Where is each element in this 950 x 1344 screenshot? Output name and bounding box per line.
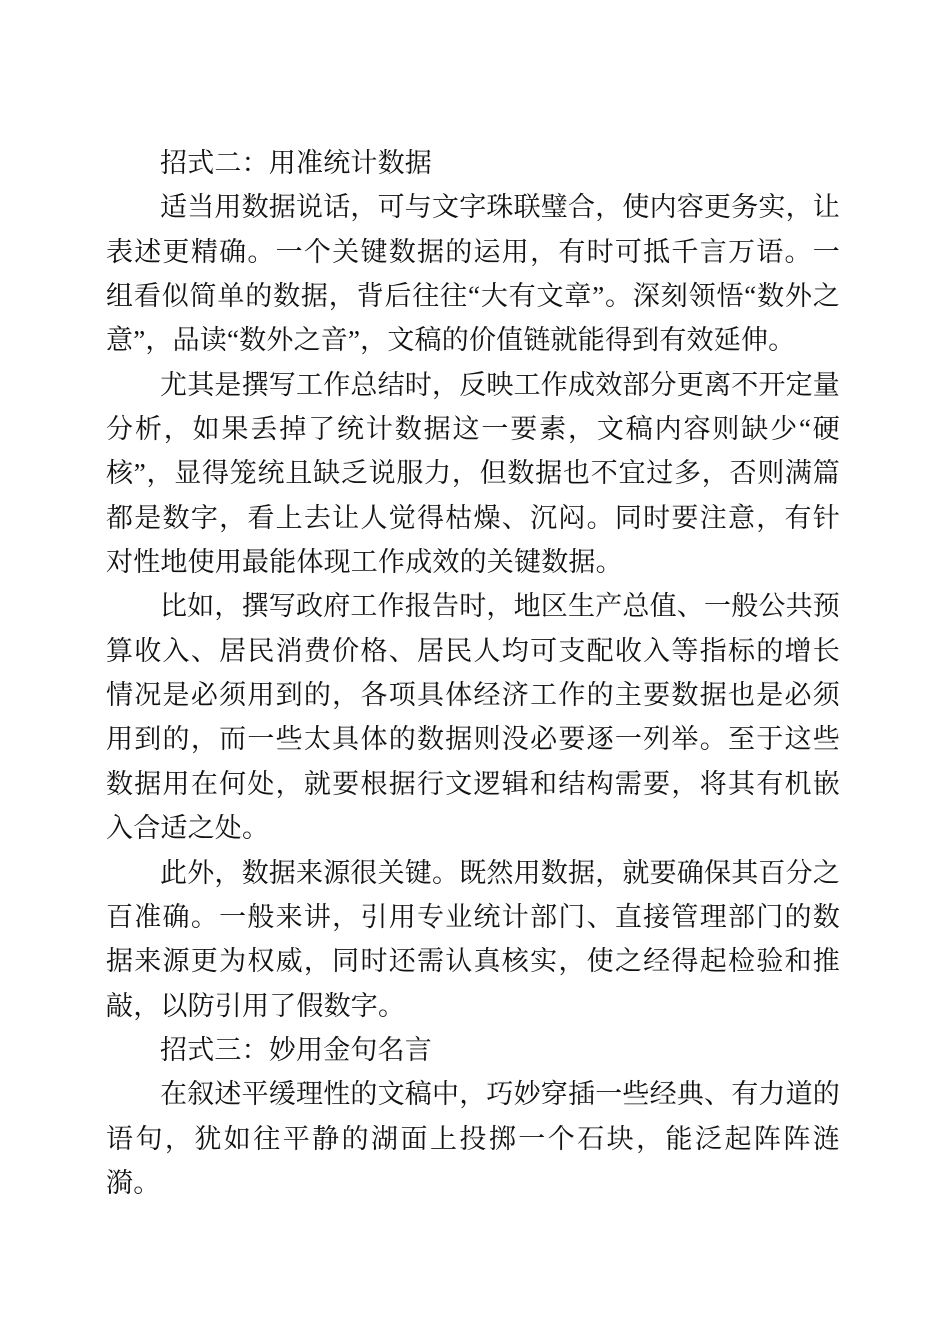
document-page: 招式二：用准统计数据 适当用数据说话，可与文字珠联璧合，使内容更务实，让表述更精… <box>0 0 950 1344</box>
section-heading-golden-quotes: 招式三：妙用金句名言 <box>106 1028 840 1072</box>
paragraph-quotes-ripple: 在叙述平缓理性的文稿中，巧妙穿插一些经典、有力道的语句，犹如往平静的湖面上投掷一… <box>106 1072 840 1205</box>
paragraph-government-report-example: 比如，撰写政府工作报告时，地区生产总值、一般公共预算收入、居民消费价格、居民人均… <box>106 584 840 850</box>
section-heading-statistics: 招式二：用准统计数据 <box>106 141 840 185</box>
paragraph-data-speaks: 适当用数据说话，可与文字珠联璧合，使内容更务实，让表述更精确。一个关键数据的运用… <box>106 185 840 362</box>
paragraph-data-source: 此外，数据来源很关键。既然用数据，就要确保其百分之百准确。一般来讲，引用专业统计… <box>106 851 840 1028</box>
paragraph-work-summary: 尤其是撰写工作总结时，反映工作成效部分更离不开定量分析，如果丢掉了统计数据这一要… <box>106 363 840 585</box>
